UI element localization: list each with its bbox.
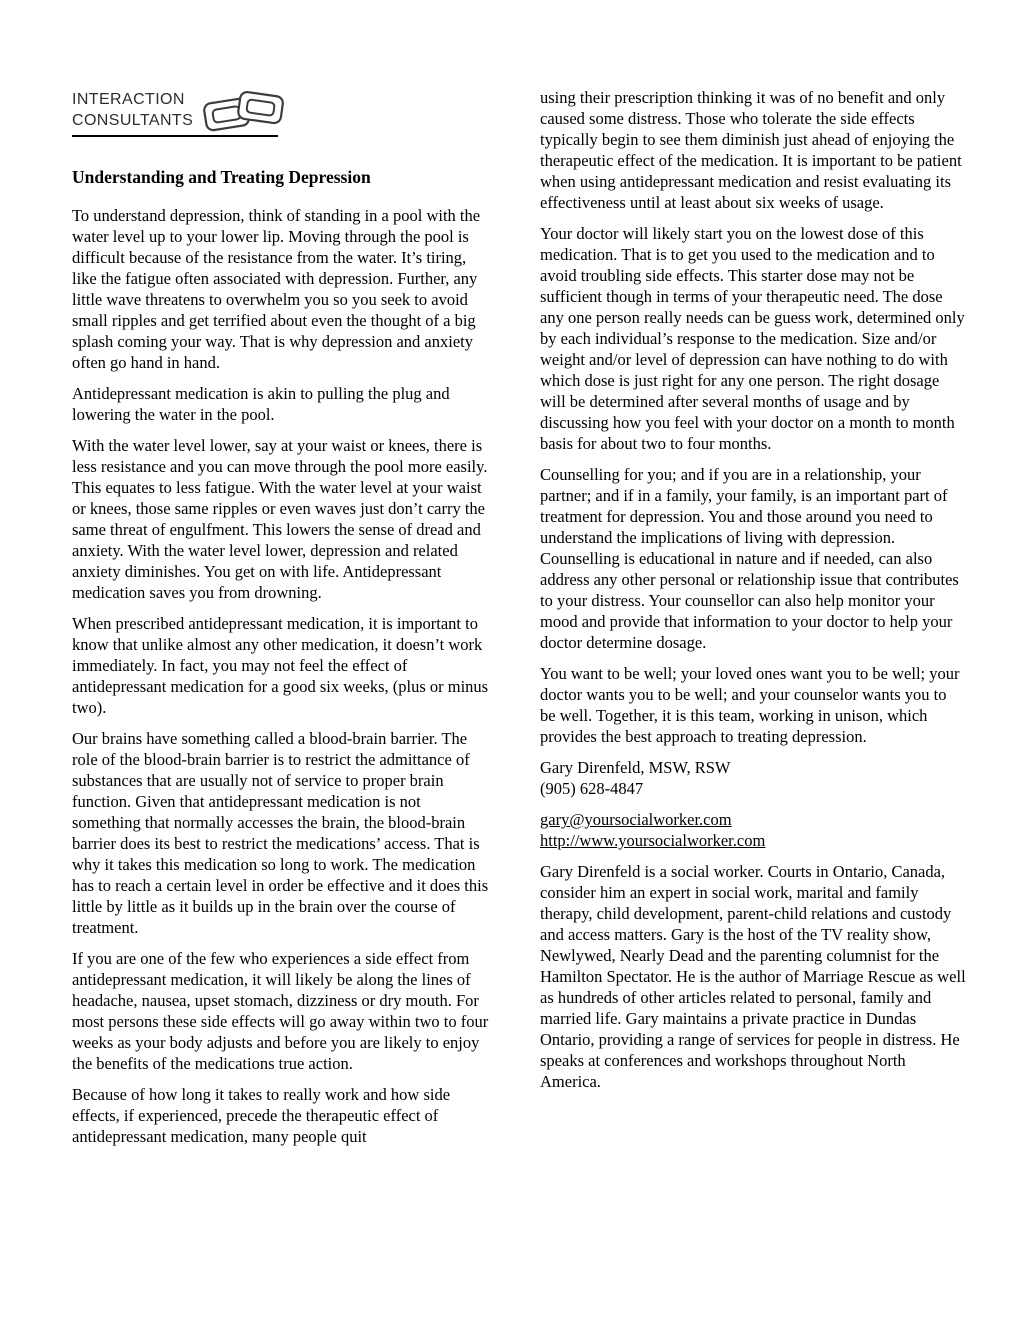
paragraph: Counselling for you; and if you are in a…	[540, 464, 966, 653]
logo-line2: CONSULTANTS	[72, 110, 193, 131]
logo-wordmark: INTERACTION CONSULTANTS	[72, 89, 193, 131]
paragraph: When prescribed antidepressant medicatio…	[72, 613, 492, 718]
paragraph: Your doctor will likely start you on the…	[540, 223, 966, 454]
article-title: Understanding and Treating Depression	[72, 167, 492, 188]
logo: INTERACTION CONSULTANTS	[72, 87, 492, 133]
contact-block: Gary Direnfeld, MSW, RSW (905) 628-4847	[540, 757, 966, 799]
document-page: INTERACTION CONSULTANTS Understanding an…	[0, 0, 1020, 1157]
paragraph: To understand depression, think of stand…	[72, 205, 492, 373]
paragraph: If you are one of the few who experience…	[72, 948, 492, 1074]
email-link[interactable]: gary@yoursocialworker.com	[540, 810, 732, 829]
paragraph: You want to be well; your loved ones wan…	[540, 663, 966, 747]
paragraph: With the water level lower, say at your …	[72, 435, 492, 603]
logo-line1: INTERACTION	[72, 89, 193, 110]
paragraph: Because of how long it takes to really w…	[72, 1084, 492, 1147]
website-link[interactable]: http://www.yoursocialworker.com	[540, 831, 765, 850]
left-column: INTERACTION CONSULTANTS Understanding an…	[72, 87, 492, 1157]
contact-phone: (905) 628-4847	[540, 779, 643, 798]
bio-paragraph: Gary Direnfeld is a social worker. Court…	[540, 861, 966, 1092]
paragraph: Our brains have something called a blood…	[72, 728, 492, 938]
paragraph: Antidepressant medication is akin to pul…	[72, 383, 492, 425]
contact-name: Gary Direnfeld, MSW, RSW	[540, 758, 731, 777]
links-block: gary@yoursocialworker.com http://www.you…	[540, 809, 966, 851]
interlocking-links-icon	[201, 87, 285, 133]
logo-underline	[72, 135, 278, 137]
paragraph: using their prescription thinking it was…	[540, 87, 966, 213]
right-column: using their prescription thinking it was…	[540, 87, 966, 1157]
